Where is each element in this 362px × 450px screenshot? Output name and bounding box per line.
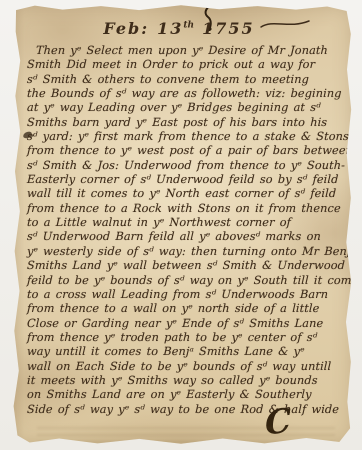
manuscript-line: Easterly corner of sᵈ Underwood feild so…	[27, 173, 350, 187]
manuscript-line: from thence to a Rock with Stons on it f…	[27, 202, 350, 216]
manuscript-line: to a Little walnut in yᵉ Northwest corne…	[27, 216, 350, 230]
manuscript-content: Feb:13th1755 Then yᵉ Select men upon yᵉ …	[7, 3, 355, 446]
manuscript-line: at yᵉ way Leading over yᵉ Bridges begini…	[27, 101, 350, 115]
manuscript-line: from thence to yᵉ west post of a pair of…	[27, 144, 350, 158]
manuscript-line: sᵈ Underwood Barn feild all yᵉ abovesᵈ m…	[27, 230, 350, 244]
manuscript-line: to a cross wall Leading from sᵈ Underwoo…	[27, 288, 350, 302]
date-swash-icon	[259, 15, 311, 34]
manuscript-line: on Smiths Land are on yᵉ Easterly & Sout…	[27, 388, 350, 402]
manuscript-line: the Bounds of sᵈ way are as followeth: v…	[27, 87, 350, 101]
manuscript-line: Smiths barn yard yᵉ East post of his bar…	[27, 116, 350, 130]
manuscript-line: sᵈ Smith & others to convene them to mee…	[27, 73, 350, 87]
date-day: 13	[157, 19, 183, 38]
date-prefix: Feb:	[103, 19, 149, 38]
date-day-suffix: th	[183, 21, 194, 31]
verso-showthrough	[37, 427, 335, 447]
manuscript-line: Smiths Land yᵉ wall between sᵈ Smith & U…	[27, 259, 350, 273]
manuscript-line: wall till it comes to yᵉ North east corn…	[27, 187, 350, 201]
manuscript-line: Smith Did meet in Order to prick out a w…	[27, 58, 350, 72]
date-year: 1755	[202, 19, 255, 38]
manuscript-line: yᵉ westerly side of sᵈ way: then turning…	[27, 245, 350, 259]
manuscript-line: from thence to a wall on yᵉ north side o…	[27, 302, 350, 316]
manuscript-line: Then yᵉ Select men upon yᵉ Desire of Mr …	[27, 44, 350, 58]
manuscript-line: feild to be yᵉ bounds of sᵈ way on yᵉ So…	[27, 274, 350, 288]
manuscript-paper: Feb:13th1755 Then yᵉ Select men upon yᵉ …	[7, 3, 355, 446]
manuscript-line: it meets with yᵉ Smiths way so called yᵉ…	[27, 374, 350, 388]
manuscript-line: sᵈ yard: yᵉ first mark from thence to a …	[27, 130, 350, 144]
manuscript-line: Side of sᵈ way yᵉ sᵈ way to be one Rod &…	[27, 403, 350, 417]
manuscript-line: wall on Each Side to be yᵉ bounds of sᵈ …	[27, 360, 350, 374]
manuscript-line: Close or Garding near yᵉ Ende of sᵈ Smit…	[27, 317, 350, 331]
date-heading: Feb:13th1755	[7, 15, 355, 38]
manuscript-line: way untill it comes to Benjᵃ Smiths Lane…	[27, 345, 350, 359]
manuscript-line: sᵈ Smith & Jos: Underwood from thence to…	[27, 159, 350, 173]
manuscript-body: Then yᵉ Select men upon yᵉ Desire of Mr …	[27, 44, 349, 417]
manuscript-line: from thence yᵉ troden path to be yᵉ cent…	[27, 331, 350, 345]
